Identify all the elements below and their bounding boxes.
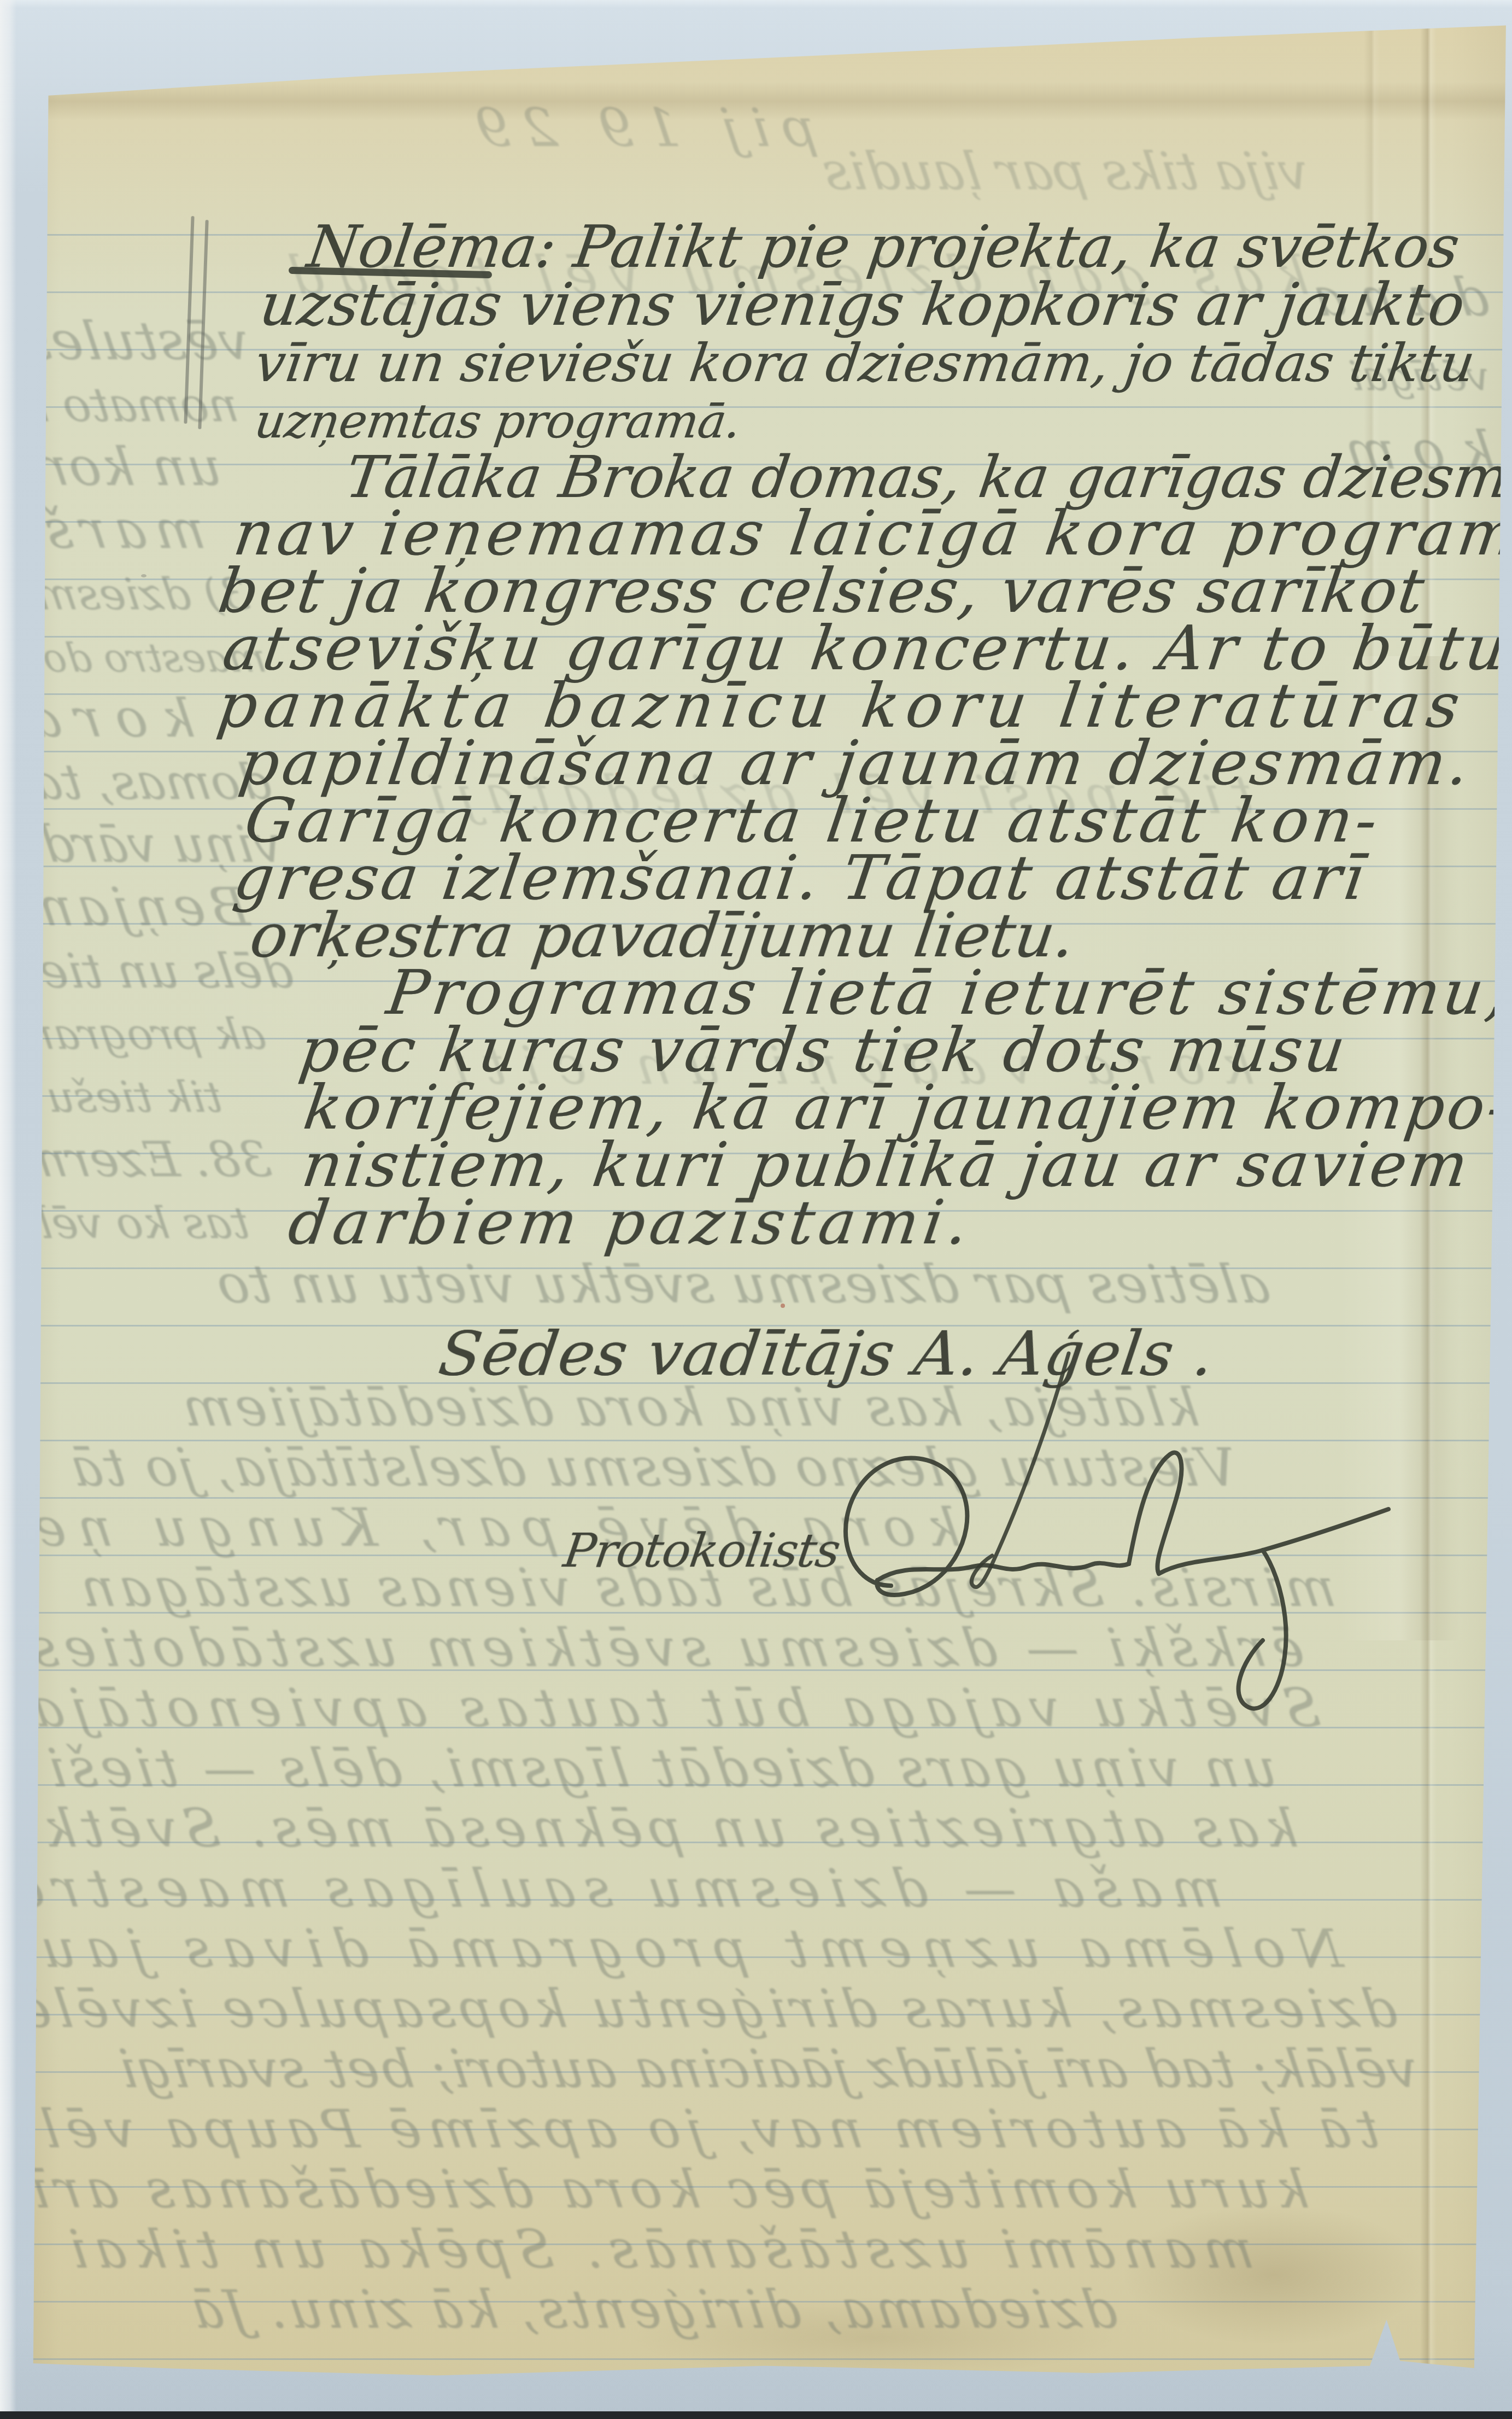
handwriting-line: vīru un sieviešu kora dziesmām, jo tādas… [251, 332, 1463, 394]
bleedthrough-line: pij 19 29 [456, 97, 820, 159]
handwriting-line: uzstājas viens vienīgs kopkoris ar jaukt… [256, 271, 1468, 339]
bleedthrough-line: 38. Ezerms [26, 1131, 274, 1188]
scanned-document-page: pij 19 29vija tiks par ļaudiskas gan dzi… [0, 0, 1512, 2419]
bleedthrough-line: tā kā autoriem nav, jo apzīmē Paupa vēl [62, 2099, 1383, 2160]
bleedthrough-line: tik tiešu [27, 1073, 225, 1122]
scanner-edge-top [0, 0, 1512, 8]
handwriting-line: darbiem pazīstami. [284, 1187, 934, 1258]
bleedthrough-line: kuru komitejā pēc kora dziedāšanas arī [73, 2159, 1312, 2220]
protokolists-signature [809, 1422, 1421, 1728]
bleedthrough-line: vēstules [25, 311, 253, 372]
bleedthrough-line: alēties par dziesmu svētku vietu un to [226, 1254, 1274, 1315]
scanner-edge-left [0, 0, 16, 2419]
bleedthrough-line: kas atgriezties un pēknesā mēs. Svētku [46, 1798, 1301, 1859]
scanner-edge-bottom [0, 2411, 1512, 2419]
signature-line: Sēdes vadītājs A. Aģels . [435, 1318, 1226, 1389]
bleedthrough-line: vija tiks par ļaudis [784, 142, 1312, 202]
bleedthrough-line: dziesmas, kuras diriģentu kopsapulce izv… [25, 1978, 1400, 2040]
bleedthrough-line: maršu [25, 499, 209, 560]
bleedthrough-line: Beņjams [25, 877, 253, 938]
bleedthrough-line: un kori [25, 436, 225, 498]
bleedthrough-line: dziedama, diriģents, kā zinu. Jā [183, 2279, 1121, 2340]
page-number-pencil: 27op [37, 43, 142, 94]
ink-speck [141, 574, 146, 577]
bleedthrough-line: vēlāk; tad arī jālūdz jāaicina autori; b… [46, 2038, 1421, 2100]
manuscript-paper-sheet: pij 19 29vija tiks par ļaudiskas gan dzi… [0, 0, 1512, 2419]
bleedthrough-line: tas ko vēl [27, 1197, 253, 1248]
signature-line: Protokolists [560, 1523, 841, 1578]
bleedthrough-line: un viņu gars dziedāt līgsmi, dēls — tieš… [25, 1738, 1280, 1799]
bleedthrough-line: kora [25, 688, 198, 749]
bleedthrough-line: maša — dziesmu saulīgas maestro . [25, 1858, 1226, 1919]
handwriting-line: uzņemtas programā. [251, 394, 675, 449]
ink-speck [781, 1304, 785, 1308]
bleedthrough-line: ak programa [27, 1009, 269, 1059]
bleedthrough-line: manāmi uzstāšanās. Spēka un tikai [128, 2219, 1257, 2280]
bleedthrough-line: Nolēma uzņemt programā divas jaunas [25, 1918, 1346, 1979]
bleedthrough-line: nomato ka [26, 378, 242, 432]
